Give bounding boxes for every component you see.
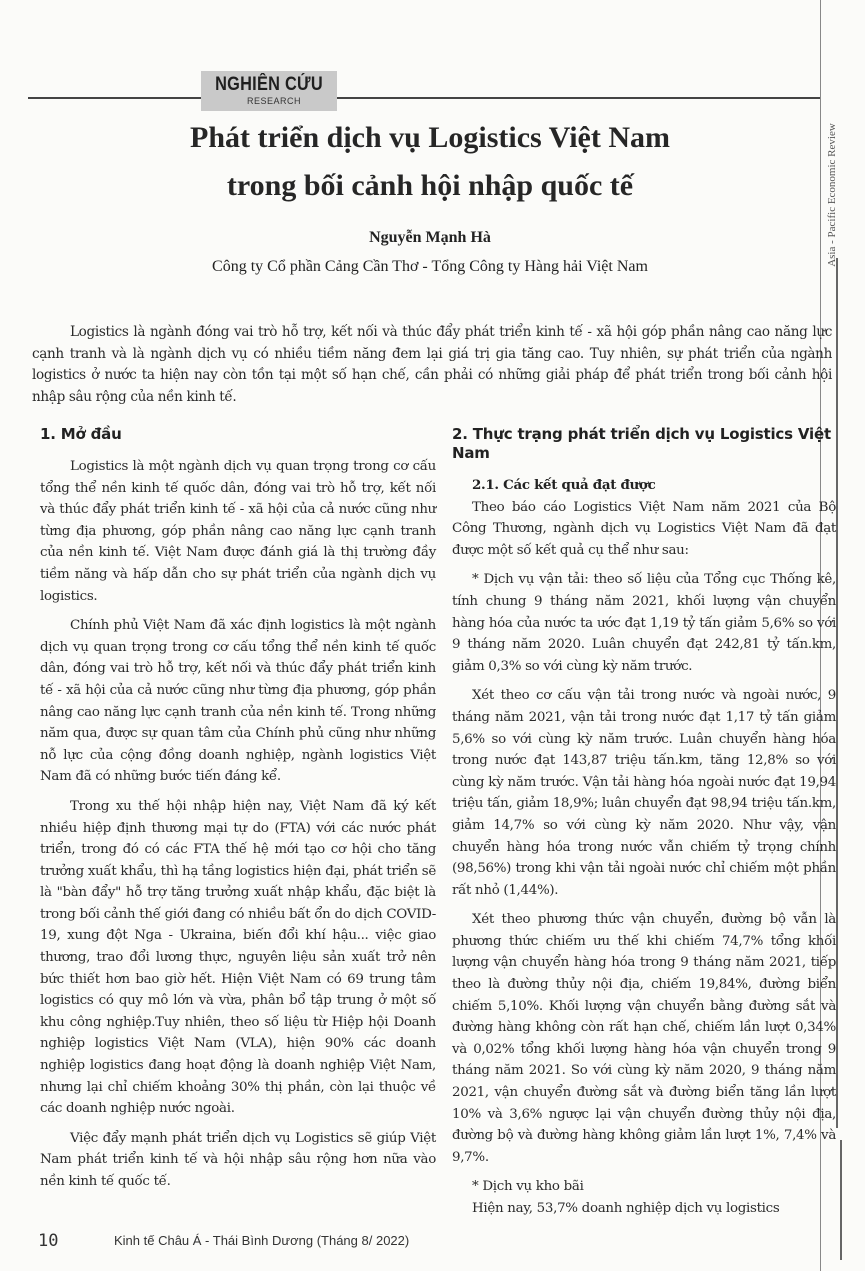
title-line-1: Phát triển dịch vụ Logistics Việt Nam <box>100 114 760 162</box>
section-tag: NGHIÊN CỨU RESEARCH <box>201 71 337 111</box>
paragraph: Logistics là một ngành dịch vụ quan trọn… <box>40 456 436 607</box>
section-tag-vn: NGHIÊN CỨU <box>211 71 328 96</box>
page-number: 10 <box>38 1231 58 1251</box>
right-column: 2. Thực trạng phát triển dịch vụ Logisti… <box>452 425 836 1220</box>
title-line-2: trong bối cảnh hội nhập quốc tế <box>100 162 760 210</box>
subsection-heading: 2.1. Các kết quả đạt được <box>452 475 836 497</box>
article-title: Phát triển dịch vụ Logistics Việt Nam tr… <box>100 114 760 210</box>
author-affiliation: Công ty Cổ phần Cảng Cần Thơ - Tổng Công… <box>100 258 760 276</box>
author-name: Nguyễn Mạnh Hà <box>100 229 760 247</box>
paragraph: Theo báo cáo Logistics Việt Nam năm 2021… <box>452 497 836 562</box>
paragraph: Hiện nay, 53,7% doanh nghiệp dịch vụ log… <box>452 1198 836 1220</box>
journal-footer: Kinh tế Châu Á - Thái Bình Dương (Tháng … <box>114 1233 409 1248</box>
abstract: Logistics là ngành đóng vai trò hỗ trợ, … <box>32 322 832 408</box>
header-rule-right <box>336 97 820 99</box>
section-heading-intro: 1. Mở đầu <box>40 425 436 444</box>
paragraph: * Dịch vụ vận tải: theo số liệu của Tổng… <box>452 569 836 677</box>
journal-page: NGHIÊN CỨU RESEARCH Asia - Pacific Econo… <box>0 0 865 1271</box>
paragraph: Việc đẩy mạnh phát triển dịch vụ Logisti… <box>40 1128 436 1193</box>
side-journal-label: Asia - Pacific Economic Review <box>822 100 842 290</box>
header-rule-left <box>28 97 202 99</box>
paragraph: * Dịch vụ kho bãi <box>452 1176 836 1198</box>
left-column: 1. Mở đầu Logistics là một ngành dịch vụ… <box>40 425 436 1201</box>
paragraph: Xét theo phương thức vận chuyển, đường b… <box>452 909 836 1168</box>
paragraph: Xét theo cơ cấu vận tải trong nước và ng… <box>452 685 836 901</box>
section-heading-status: 2. Thực trạng phát triển dịch vụ Logisti… <box>452 425 836 463</box>
section-tag-en: RESEARCH <box>211 96 337 107</box>
paragraph: Chính phủ Việt Nam đã xác định logistics… <box>40 615 436 788</box>
side-bar-divider-lower <box>840 1140 842 1260</box>
side-bar-divider <box>836 258 838 1128</box>
paragraph: Trong xu thế hội nhập hiện nay, Việt Nam… <box>40 796 436 1120</box>
